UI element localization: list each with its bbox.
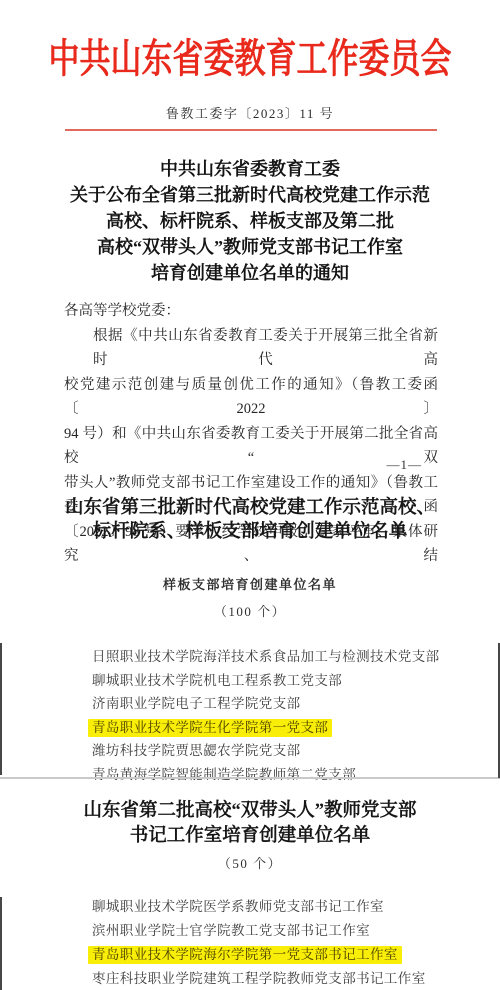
highlight-mark: 青岛职业技术学院海尔学院第一党支部书记工作室 [88, 946, 402, 964]
section2-heading-line: 山东省第二批高校“双带头人”教师党支部 [0, 799, 500, 824]
section1-count: （100 个） [0, 601, 500, 620]
unit-name: 聊城职业技术学院机电工程系教工党支部 [92, 673, 342, 688]
page-boundary-seam [0, 777, 500, 779]
notice-title-line: 高校、标杆院系、样板支部及第二批 [30, 208, 470, 234]
section1-heading-line: 山东省第三批新时代高校党建工作示范高校、 [0, 496, 500, 520]
section2-heading-line: 书记工作室培育创建单位名单 [0, 824, 500, 849]
notice-title-line: 培育创建单位名单的通知 [30, 260, 470, 286]
section1-heading-line: 标杆院系、样板支部培育创建单位名单 [0, 520, 500, 544]
unit-name: 青岛黄海学院智能制造学院教师第二党支部 [92, 767, 356, 782]
page-edge-line [0, 897, 2, 990]
unit-name: 枣庄科技职业学院建筑工程学院教师党支部书记工作室 [92, 971, 426, 986]
highlight-mark: 青岛职业技术学院生化学院第一党支部 [88, 719, 332, 737]
body-line: 校党建示范创建与质量创优工作的通知》（鲁教工委函〔2022〕 [64, 373, 438, 422]
list-item: 济南职业学院电子工程学院党支部 [92, 692, 440, 716]
unit-name: 聊城职业技术学院医学系教师党支部书记工作室 [92, 899, 384, 914]
list-item-highlighted: 青岛职业技术学院生化学院第一党支部 [92, 716, 440, 740]
list-item: 聊城职业技术学院医学系教师党支部书记工作室 [92, 895, 426, 919]
section2-count: （50 个） [0, 853, 500, 872]
letterhead-divider-rule [65, 129, 437, 131]
body-line: 根据《中共山东省委教育工委关于开展第三批全省新时代高 [64, 324, 438, 373]
page-edge-line [0, 643, 2, 775]
unit-name: 滨州职业学院士官学院教工党支部书记工作室 [92, 923, 370, 938]
list-item: 青岛黄海学院智能制造学院教师第二党支部 [92, 763, 440, 787]
notice-title-line: 中共山东省委教育工委 [30, 156, 470, 182]
document-number: 鲁教工委字〔2023〕11 号 [0, 103, 500, 122]
list-item: 聊城职业技术学院机电工程系教工党支部 [92, 669, 440, 693]
notice-title-line: 高校“双带头人”教师党支部书记工作室 [30, 234, 470, 260]
document-page: 中共山东省委教育工作委员会 鲁教工委字〔2023〕11 号 中共山东省委教育工委… [0, 0, 500, 990]
unit-name: 日照职业技术学院海洋技术系食品加工与检测技术党支部 [92, 649, 440, 664]
unit-name: 潍坊科技学院贾思勰农学院党支部 [92, 743, 301, 758]
section2-heading: 山东省第二批高校“双带头人”教师党支部 书记工作室培育创建单位名单 [0, 799, 500, 849]
list-item: 枣庄科技职业学院建筑工程学院教师党支部书记工作室 [92, 967, 426, 990]
list-item: 日照职业技术学院海洋技术系食品加工与检测技术党支部 [92, 645, 440, 669]
sample-branch-list: 日照职业技术学院海洋技术系食品加工与检测技术党支部 聊城职业技术学院机电工程系教… [92, 645, 440, 787]
list-item: 滨州职业学院士官学院教工党支部书记工作室 [92, 919, 426, 943]
salutation-line: 各高等学校党委： [64, 299, 438, 324]
page-number: —1— [387, 457, 423, 473]
section1-subheading: 样板支部培育创建单位名单 [0, 574, 500, 593]
section1-heading: 山东省第三批新时代高校党建工作示范高校、 标杆院系、样板支部培育创建单位名单 [0, 496, 500, 544]
notice-title: 中共山东省委教育工委 关于公布全省第三批新时代高校党建工作示范 高校、标杆院系、… [30, 156, 470, 286]
issuing-org-letterhead: 中共山东省委教育工作委员会 [0, 26, 500, 84]
workstudio-list: 聊城职业技术学院医学系教师党支部书记工作室 滨州职业学院士官学院教工党支部书记工… [92, 895, 426, 990]
unit-name: 济南职业学院电子工程学院党支部 [92, 696, 301, 711]
list-item-highlighted: 青岛职业技术学院海尔学院第一党支部书记工作室 [92, 943, 426, 967]
list-item: 潍坊科技学院贾思勰农学院党支部 [92, 739, 440, 763]
notice-title-line: 关于公布全省第三批新时代高校党建工作示范 [30, 182, 470, 208]
body-line: 94 号）和《中共山东省委教育工委关于开展第二批全省高校“双 [64, 422, 438, 471]
